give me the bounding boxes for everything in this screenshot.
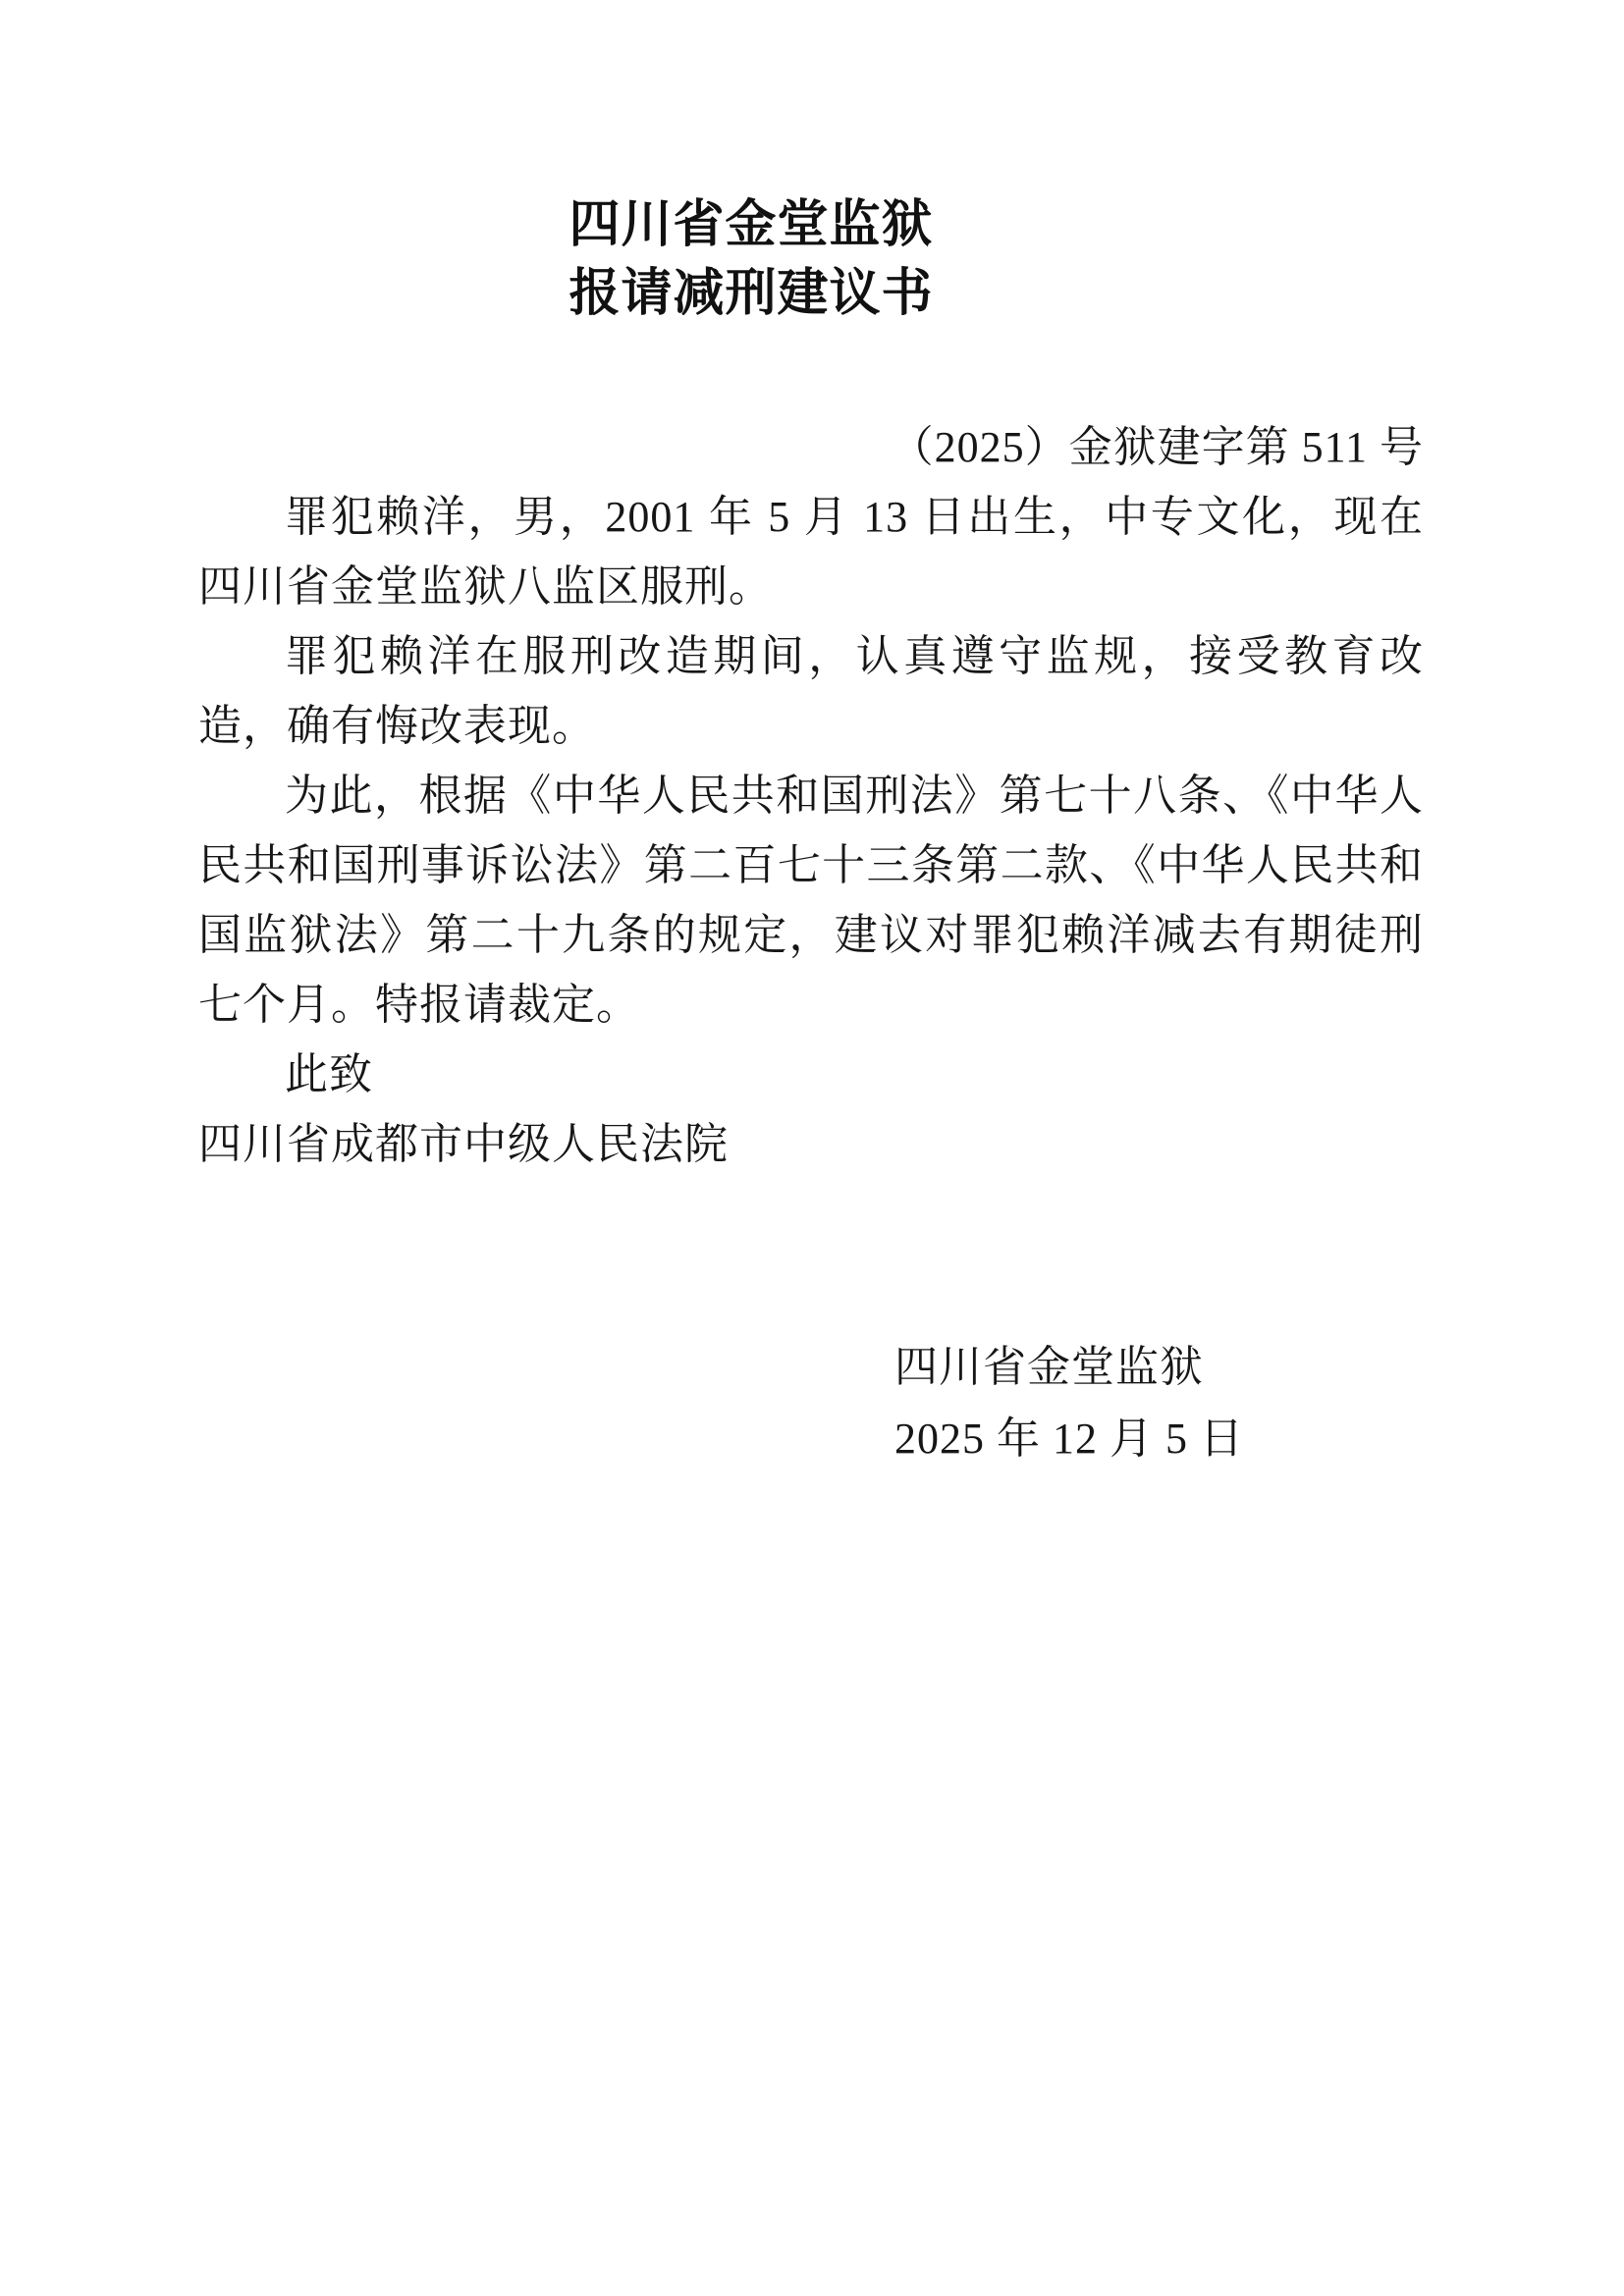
paragraph-offender-info: 罪犯赖洋，男，2001 年 5 月 13 日出生，中专文化，现在四川省金堂监狱八… <box>198 482 1424 621</box>
signature-date: 2025 年 12 月 5 日 <box>894 1403 1244 1474</box>
signature-organization: 四川省金堂监狱 <box>894 1331 1244 1403</box>
document-number: （2025）金狱建字第 511 号 <box>198 412 1424 482</box>
document-title: 四川省金堂监狱 报请减刑建议书 <box>0 190 1563 328</box>
document-title-line-2: 报请减刑建议书 <box>0 259 1563 328</box>
paragraph-behavior: 罪犯赖洋在服刑改造期间，认真遵守监规，接受教育改造，确有悔改表现。 <box>198 621 1424 761</box>
paragraph-legal-basis: 为此，根据《中华人民共和国刑法》第七十八条、《中华人民共和国刑事诉讼法》第二百七… <box>198 761 1424 1040</box>
signature-block: 四川省金堂监狱 2025 年 12 月 5 日 <box>894 1331 1244 1474</box>
closing-phrase: 此致 <box>198 1040 1424 1109</box>
document-page: 四川省金堂监狱 报请减刑建议书 （2025）金狱建字第 511 号 罪犯赖洋，男… <box>0 0 1624 2296</box>
addressee-court: 四川省成都市中级人民法院 <box>198 1109 1424 1179</box>
document-body: （2025）金狱建字第 511 号 罪犯赖洋，男，2001 年 5 月 13 日… <box>198 412 1424 1179</box>
document-title-line-1: 四川省金堂监狱 <box>0 190 1563 259</box>
